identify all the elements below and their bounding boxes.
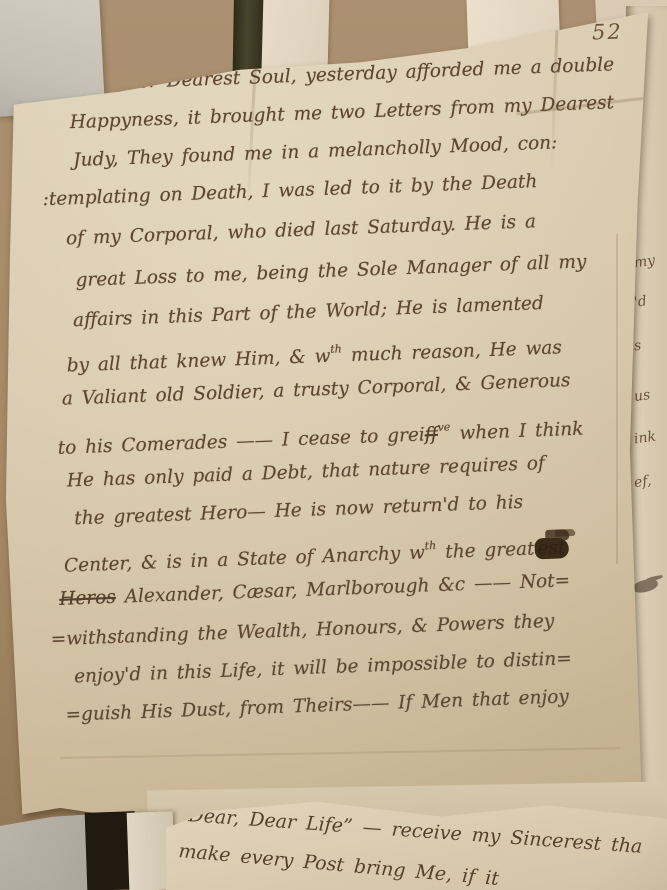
letter-segment: when I think [450, 419, 584, 445]
letter-segment-strike: Heros [59, 587, 116, 610]
letter-segment-sup: th [424, 539, 436, 552]
photo-of-letter: my'dsusinkef, 52 My ever Dearest Soul, y… [0, 0, 667, 890]
letter-segment-sup: th [330, 342, 342, 355]
letter-segment-strike: ff [424, 424, 438, 445]
letter-segment: much reason, He was [342, 337, 563, 366]
letter-segment: of my Corporal, who died last Saturday. … [66, 211, 537, 249]
letter-sheet-wrap: 52 My ever Dearest Soul, yesterday affor… [0, 0, 667, 830]
letter-segment-blot: est [534, 537, 569, 559]
letter-handwriting: My ever Dearest Soul, yesterday afforded… [68, 45, 658, 733]
page-number: 52 [592, 19, 624, 44]
letter-segment: a Valiant old Soldier, a trusty Corporal… [62, 370, 571, 410]
paper-crease [60, 747, 620, 759]
letter-segment: the greatest Hero— He is now return'd to… [74, 492, 523, 529]
letter-segment: Alexander, Cæsar, Marlborough &c —— Not= [115, 570, 570, 608]
background-page-bottom-left [0, 812, 98, 890]
letter-sheet: 52 My ever Dearest Soul, yesterday affor… [4, 8, 656, 820]
letter-segment: the great [436, 538, 535, 563]
letter-segment: great Loss to me, being the Sole Manager… [75, 251, 587, 291]
second-sheet-line: make every Post bring Me, if it [178, 840, 500, 890]
letter-segment-sup: ve [437, 420, 450, 433]
